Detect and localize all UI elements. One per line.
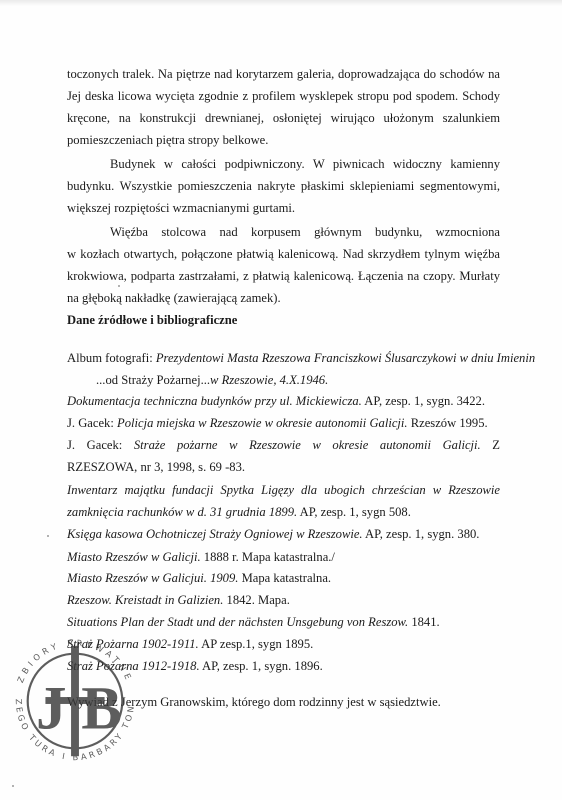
entry-plain: AP, zesp. 1, sygn. 3422. xyxy=(362,394,485,408)
entry-title: Policja miejska w Rzeszowie w okresie au… xyxy=(117,416,408,430)
bibliography-entry: Album fotografi: Prezydentowi Masta Rzes… xyxy=(67,350,500,366)
entry-plain: Mapa katastralna. xyxy=(238,571,331,585)
scan-edge-shadow xyxy=(0,0,562,6)
bibliography-entry-continuation: ...od Straży Pożarnej...w Rzeszowie, 4.X… xyxy=(96,372,529,388)
entry-plain: AP, zesp. 1, sygn. 380. xyxy=(363,527,480,541)
body-line: toczonych tralek. Na piętrze nad korytar… xyxy=(67,66,500,82)
entry-plain: AP, zesp. 1, sygn 508. xyxy=(297,505,411,519)
entry-title: Miasto Rzeszów w Galicji. xyxy=(67,550,201,564)
body-line: w kozłach otwartych, połączone płatwią k… xyxy=(67,246,500,262)
body-line: na głęboką nakładkę (zawierającą zamek). xyxy=(67,290,500,306)
bibliography-entry: J. Gacek: Policja miejska w Rzeszowie w … xyxy=(67,415,500,431)
entry-plain: Album fotografi: xyxy=(67,351,156,365)
scan-speck xyxy=(47,535,49,537)
body-line: pomieszczeniach piętra stropy belkowe. xyxy=(67,132,500,148)
svg-text:J: J xyxy=(36,676,67,743)
entry-plain: RZESZOWA, nr 3, 1998, s. 69 -83. xyxy=(67,460,245,474)
bibliography-entry: Dokumentacja techniczna budynków przy ul… xyxy=(67,393,500,409)
entry-title: Prezydentowi Masta Rzeszowa Franciszkowi… xyxy=(156,351,535,365)
document-page: toczonych tralek. Na piętrze nad korytar… xyxy=(0,0,562,800)
entry-title: Księga kasowa Ochotniczej Straży Ogniowe… xyxy=(67,527,363,541)
bibliography-entry-continuation: RZESZOWA, nr 3, 1998, s. 69 -83. xyxy=(67,459,500,475)
bibliography-entry: Rzeszow. Kreistadt in Galizien. 1842. Ma… xyxy=(67,592,500,608)
bibliography-entry: J. Gacek: Straże pożarne w Rzeszowie w o… xyxy=(67,437,500,453)
bibliography-entry: Księga kasowa Ochotniczej Straży Ogniowe… xyxy=(67,526,500,542)
scan-speck xyxy=(118,285,120,287)
body-line: Budynek w całości podpiwniczony. W piwni… xyxy=(110,156,500,172)
body-line: budynku. Wszystkie pomieszczenia nakryte… xyxy=(67,178,500,194)
entry-title: Miasto Rzeszów w Galicjui. 1909. xyxy=(67,571,238,585)
collection-stamp-icon: ZBIORY PRYWATNE JERZEGO TURA I BARBARY T… xyxy=(6,632,144,770)
entry-title: Dokumentacja techniczna budynków przy ul… xyxy=(67,394,362,408)
scan-speck xyxy=(12,785,14,787)
entry-title: Inwentarz majątku fundacji Spytka Ligęzy… xyxy=(67,483,500,498)
entry-plain: 1842. Mapa. xyxy=(223,593,289,607)
entry-title: zamknięcia rachunków w d. 31 grudnia 189… xyxy=(67,505,297,519)
body-line: Więźba stolcowa nad korpusem głównym bud… xyxy=(110,224,500,240)
entry-title: Straże pożarne w Rzeszowie w okresie aut… xyxy=(134,438,481,452)
body-line: Jej deska licowa wycięta zgodnie z profi… xyxy=(67,88,500,104)
body-line: kręcone, na konstrukcji drewnianej, osło… xyxy=(67,110,500,126)
entry-plain: Rzeszów 1995. xyxy=(408,416,488,430)
bibliography-entry: Inwentarz majątku fundacji Spytka Ligęzy… xyxy=(67,482,500,498)
entry-plain: J. Gacek: xyxy=(67,416,117,430)
section-heading: Dane źródłowe i bibliograficzne xyxy=(67,312,500,328)
svg-text:B: B xyxy=(81,676,122,743)
body-line: krokwiowa, podparta zastrzałami, z płatw… xyxy=(67,268,500,284)
entry-plain: AP zesp.1, sygn 1895. xyxy=(199,637,314,651)
entry-plain: 1841. xyxy=(408,615,439,629)
entry-plain: 1888 r. Mapa katastralna./ xyxy=(201,550,335,564)
entry-title: Situations Plan der Stadt und der nächst… xyxy=(67,615,408,629)
bibliography-entry: Miasto Rzeszów w Galicji. 1888 r. Mapa k… xyxy=(67,549,500,565)
body-line: większej rozpiętości wzmacnianymi gurtam… xyxy=(67,200,500,216)
entry-plain: AP, zesp. 1, sygn. 1896. xyxy=(200,659,323,673)
entry-title: w Rzeszowie, 4.X.1946. xyxy=(210,373,328,387)
bibliography-entry: Miasto Rzeszów w Galicjui. 1909. Mapa ka… xyxy=(67,570,500,586)
bibliography-entry: Situations Plan der Stadt und der nächst… xyxy=(67,614,500,630)
entry-plain: ...od Straży Pożarnej... xyxy=(96,373,210,387)
entry-title: Rzeszow. Kreistadt in Galizien. xyxy=(67,593,223,607)
bibliography-entry-continuation: zamknięcia rachunków w d. 31 grudnia 189… xyxy=(67,504,500,520)
entry-plain: J. Gacek: xyxy=(67,438,134,452)
